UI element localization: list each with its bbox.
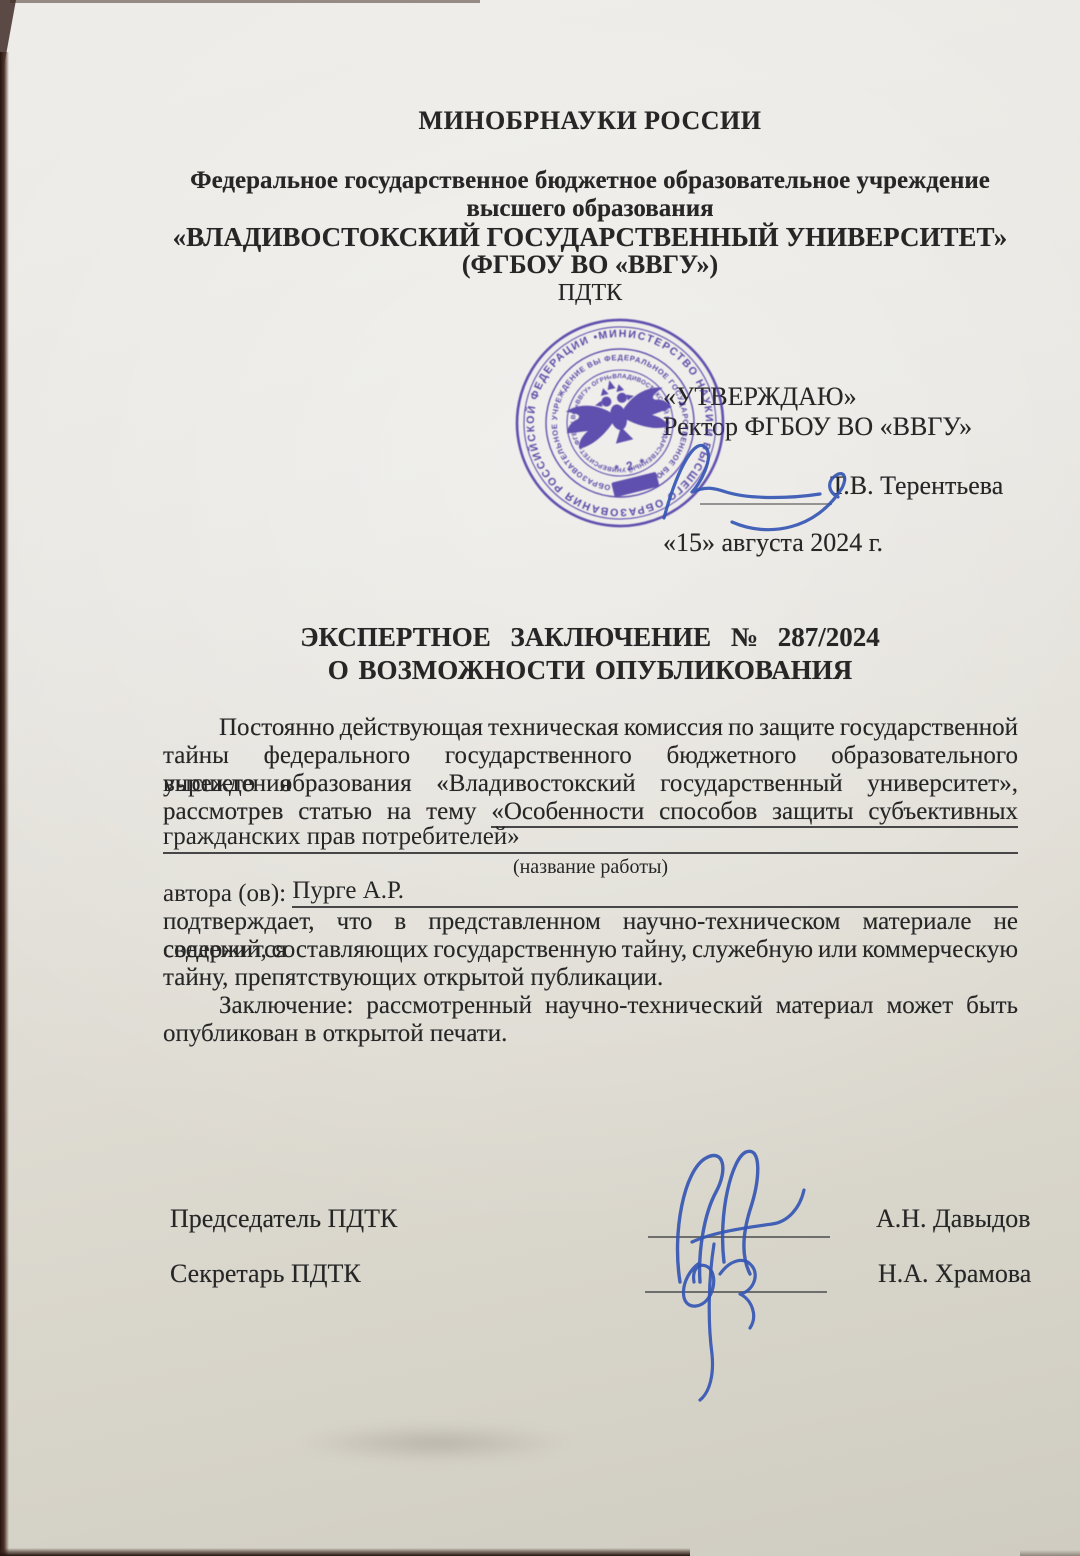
authors-blank-line [404,882,1018,908]
document-body: Постоянно действующая техническая комисс… [163,714,1018,1048]
org-line-full-name: Федеральное государственное бюджетное об… [70,167,1080,195]
authors-line: автора (ов): Пурге А.Р. [163,880,1018,908]
paragraph1-line3: высшего образования «Владивостокский гос… [163,770,1018,798]
work-title-part2: гражданских прав потребителей» [163,823,520,854]
secretary-name: Н.А. Храмова [878,1259,1031,1289]
paragraph1-line1: Постоянно действующая техническая комисс… [163,714,1018,742]
authors-label: автора (ов): [163,880,286,908]
org-line-university-name: «ВЛАДИВОСТОКСКИЙ ГОСУДАРСТВЕННЫЙ УНИВЕРС… [70,223,1080,251]
rector-signature [648,426,878,546]
document-title-line2: О ВОЗМОЖНОСТИ ОПУБЛИКОВАНИЯ [110,654,1070,687]
theme-line1: рассмотрев статью на тему «Особенности с… [163,798,1018,826]
org-line-education-level: высшего образования [70,195,1080,223]
conclusion-line1: Заключение: рассмотренный научно-техниче… [163,992,1018,1020]
paragraph2-line3: тайну, препятствующих открытой публикаци… [163,964,1018,992]
photo-bottom-right-edge [1020,1550,1080,1556]
org-line-committee: ПДТК [70,279,1080,307]
paragraph2-line2: сведений, составляющих государственную т… [163,936,1018,964]
stamp-number-mark: * 2 * [613,455,648,476]
work-title-caption: (название работы) [163,854,1018,880]
paragraph2-line1: подтверждает, что в представленном научн… [163,908,1018,936]
photo-left-edge [0,52,9,1556]
ministry-heading: МИНОБРНАУКИ РОССИИ [100,106,1080,136]
chairman-name: А.Н. Давыдов [876,1204,1031,1234]
theme-line2: гражданских прав потребителей» [163,826,1018,854]
conclusion-line2: опубликован в открытой печати. [163,1020,1018,1048]
secretary-signature [666,1232,796,1407]
theme-prefix: рассмотрев статью на тему [163,798,477,825]
authors-value: Пурге А.Р. [292,877,404,908]
paragraph1-line2: тайны федерального государственного бюдж… [163,742,1018,770]
document-title: ЭКСПЕРТНОЕ ЗАКЛЮЧЕНИЕ № 287/2024 О ВОЗМО… [110,621,1070,687]
work-title-part1: «Особенности способов защиты субъективны… [491,798,1018,828]
document-photo: МИНОБРНАУКИ РОССИИ Федеральное государст… [0,0,1080,1556]
organization-heading: Федеральное государственное бюджетное об… [70,167,1080,307]
work-title-blank-line [520,828,1018,854]
paper-shadow-smudge [300,1425,570,1461]
secretary-role-label: Секретарь ПДТК [170,1259,361,1289]
photo-bottom-edge [0,1548,690,1556]
chairman-role-label: Председатель ПДТК [170,1204,397,1234]
photo-top-edge [10,0,480,3]
document-title-line1: ЭКСПЕРТНОЕ ЗАКЛЮЧЕНИЕ № 287/2024 [110,621,1070,654]
org-line-abbreviation: (ФГБОУ ВО «ВВГУ») [70,251,1080,279]
